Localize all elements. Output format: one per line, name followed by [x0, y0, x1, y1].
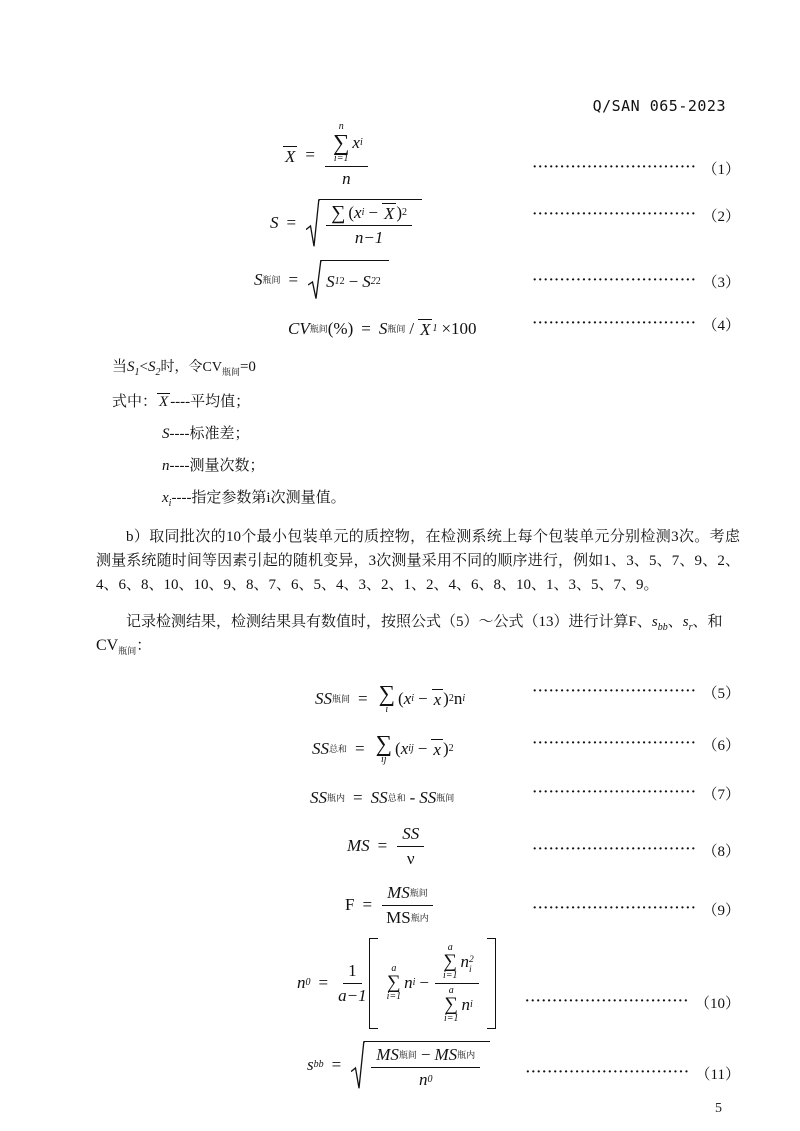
formula-9: F = MS瓶间 MS瓶内 [345, 883, 435, 928]
formula-7-row: SS瓶内 = SS总和 - SS瓶间 ·····················… [96, 783, 740, 808]
equals-sign: = [332, 1055, 342, 1075]
n-variable: n [342, 169, 351, 189]
fraction: SS ν [397, 824, 424, 869]
formula-8-row: MS = SS ν ······························… [96, 824, 740, 869]
dot-leader: ······························ [532, 273, 696, 289]
page-number: 5 [715, 1101, 722, 1117]
where-line: 式中：X----平均值； [112, 390, 740, 411]
equation-number: （8） [702, 840, 740, 861]
minus-sign: − [349, 272, 359, 292]
equals-sign: = [378, 836, 388, 856]
fraction: ∑ (xi−X)2 n−1 [326, 203, 412, 248]
formula-10-row: n0 = 1 a−1 a ∑ i=1 ni − [96, 938, 740, 1029]
fraction: MS瓶间−MS瓶内 n0 [371, 1045, 480, 1090]
percent-parens: (%) [328, 319, 353, 339]
radical-icon [351, 1041, 365, 1090]
x-variable: x [162, 490, 169, 506]
sum-lower-limit: i=1 [387, 992, 402, 1002]
dot-leader: ······························ [532, 160, 696, 176]
equation-number: （7） [702, 783, 740, 804]
x-variable: x [354, 203, 362, 223]
equation-number: （5） [702, 682, 740, 703]
record-paragraph: 记录检测结果，检测结果具有数值时，按照公式（5）～公式（13）进行计算F、sbb… [96, 610, 740, 658]
fraction: 1 a−1 [338, 961, 366, 1006]
xbar-variable: x [432, 689, 444, 708]
dot-leader: ······························ [532, 684, 696, 700]
leader-and-number: ······························ （1） [532, 158, 740, 189]
leader-and-number: ······························ （11） [525, 1063, 740, 1090]
formula-3-row: S瓶间 = S12−S22 ··························… [96, 260, 740, 300]
xbar-variable: X [283, 146, 297, 165]
fraction: n ∑ i=1 xi n [325, 122, 368, 189]
n-variable: n [404, 973, 413, 993]
minus-sign: − [418, 739, 428, 759]
sum-lower-limit: ij [381, 755, 387, 765]
definition-text: ----指定参数第i次测量值。 [171, 490, 345, 506]
xbar-variable: X [382, 203, 396, 222]
bracket-content: a ∑ i=1 ni − a ∑ i=1 n2i [381, 938, 484, 1029]
f-variable: F [345, 895, 354, 915]
one: 1 [348, 961, 357, 981]
n-variable: n [454, 689, 463, 709]
s-variable: S [162, 426, 170, 442]
sigma-symbol: ∑ [333, 132, 349, 154]
fraction-numerator: a ∑ i=1 n2i [435, 943, 479, 984]
ms-within-variable: MS [386, 908, 411, 928]
cv-variable: CV [288, 319, 310, 339]
fraction-denominator: a ∑ i=1 ni [441, 984, 473, 1024]
close-paren: ) [443, 689, 449, 709]
document-page: Q/SAN 065-2023 X = n ∑ i=1 xi n [0, 0, 800, 1131]
leader-and-number: ······························ （8） [532, 840, 740, 869]
paragraph-b: b）取同批次的10个最小包装单元的质控物，在检测系统上每个包装单元分别检测3次。… [96, 525, 740, 597]
ms-variable: MS [347, 836, 370, 856]
n0-variable: n [297, 973, 306, 993]
formula-4: CV瓶间(%) = S瓶间 / X1 ×100 [288, 319, 481, 339]
sum-lower-limit: i=1 [443, 971, 458, 981]
s-variable: S [379, 319, 388, 339]
sum-lower-limit: i=1 [334, 154, 349, 164]
definition-text: ----标准差； [170, 426, 250, 442]
right-bracket [487, 938, 496, 1029]
xbar-variable: x [431, 739, 443, 758]
square-root: MS瓶间−MS瓶内 n0 [351, 1041, 490, 1090]
fraction-denominator: n0 [419, 1068, 433, 1090]
ms-within-variable: MS [435, 1045, 458, 1065]
formula-6-row: SS总和 = ∑ ij (xij−x)2 ···················… [96, 733, 740, 765]
dot-leader: ······························ [525, 1065, 689, 1081]
a-minus-1: a−1 [338, 986, 366, 1006]
leader-and-number: ······························ （3） [532, 271, 740, 300]
minus-sign: - [410, 788, 416, 808]
formula-9-row: F = MS瓶间 MS瓶内 ··························… [96, 883, 740, 928]
n-minus-1: n−1 [355, 228, 383, 248]
leader-and-number: ······························ （2） [532, 205, 740, 248]
dot-leader: ······························ [532, 785, 696, 801]
equals-sign: = [358, 689, 368, 709]
leader-and-number: ······························ （9） [532, 899, 740, 928]
text: 记录检测结果，检测结果具有数值时，按照公式（5）～公式（13）进行计算F、 [126, 614, 652, 630]
formula-5-row: SS瓶间 = ∑ i (xi−x)2ni ···················… [96, 682, 740, 715]
ss-variable: SS [312, 739, 329, 759]
bottle-between-subscript: 瓶间 [222, 367, 240, 377]
xbar-variable: X [157, 393, 170, 410]
equals-sign: = [319, 973, 329, 993]
x-variable: x [352, 133, 360, 153]
definition-item-xi: xi----指定参数第i次测量值。 [162, 486, 740, 507]
n0-variable: n [419, 1070, 428, 1090]
formula-11: sbb = MS瓶间−MS瓶内 n0 [307, 1041, 492, 1090]
sum-lower-limit: i=1 [444, 1014, 459, 1024]
leader-and-number: ······························ （10） [525, 992, 740, 1029]
sigma-symbol: ∑ [379, 683, 395, 705]
x-variable: x [401, 739, 409, 759]
fraction-numerator: n ∑ i=1 xi [325, 122, 368, 167]
minus-sign: − [421, 1045, 431, 1065]
equation-number: （3） [702, 271, 740, 292]
definition-text: ----平均值； [170, 394, 250, 410]
ss-between-variable: SS [419, 788, 436, 808]
leader-and-number: ······························ （7） [532, 783, 740, 808]
radical-icon [308, 260, 322, 300]
fraction-numerator: 1 [343, 961, 362, 984]
formula-6: SS总和 = ∑ ij (xij−x)2 [312, 733, 454, 765]
minus-sign: − [368, 203, 378, 223]
definition-item-n: n----测量次数； [162, 454, 740, 475]
square-root: S12−S22 [308, 260, 389, 300]
summation: ∑ i [379, 683, 395, 715]
text: 时，令CV [160, 360, 221, 375]
formula-4-row: CV瓶间(%) = S瓶间 / X1 ×100 ················… [96, 314, 740, 339]
ss-variable: SS [310, 788, 327, 808]
formula-1-row: X = n ∑ i=1 xi n ······················· [96, 122, 740, 189]
sum-lower-limit: i [385, 705, 388, 715]
n-variable: n [162, 458, 170, 474]
formula-3: S瓶间 = S12−S22 [254, 260, 391, 300]
cv-variable: CV [96, 637, 118, 654]
close-paren: ) [443, 739, 449, 759]
fraction-denominator: ν [407, 847, 415, 869]
n-subscript: i [469, 966, 472, 976]
radicand: S12−S22 [321, 260, 389, 300]
summation: a ∑ i=1 [444, 986, 459, 1024]
formula-10: n0 = 1 a−1 a ∑ i=1 ni − [297, 938, 496, 1029]
equals-sign: = [353, 788, 363, 808]
ms-between-variable: MS [376, 1045, 399, 1065]
sigma-symbol: ∑ [387, 974, 401, 992]
doc-code: Q/SAN 065-2023 [593, 97, 726, 115]
equals-sign: = [305, 145, 315, 165]
sigma-symbol: ∑ [443, 953, 457, 971]
formula-2-row: S = ∑ (xi−X)2 n−1 [96, 199, 740, 248]
equation-number: （4） [702, 314, 740, 335]
radical-icon [306, 199, 320, 248]
leader-and-number: ······························ （4） [532, 314, 740, 339]
equation-number: （6） [702, 734, 740, 755]
summation: a ∑ i=1 [387, 964, 402, 1002]
equals-sign: = [289, 270, 299, 290]
minus-sign: − [419, 973, 429, 993]
colon: ： [136, 638, 151, 654]
ms-between-variable: MS [387, 883, 410, 903]
sigma-symbol: ∑ [376, 733, 392, 755]
square-root: ∑ (xi−X)2 n−1 [306, 199, 422, 248]
equals-sign: = [362, 895, 372, 915]
ss-variable: SS [402, 824, 419, 844]
page-content: X = n ∑ i=1 xi n ······················· [96, 118, 740, 1090]
equation-number: （11） [696, 1063, 740, 1084]
fraction-numerator: SS [397, 824, 424, 847]
n-variable: n [462, 995, 471, 1015]
sigma-symbol: ∑ [331, 203, 345, 223]
ss-variable: SS [315, 689, 332, 709]
leader-and-number: ······························ （6） [532, 734, 740, 765]
summation: a ∑ i=1 [443, 943, 458, 981]
fraction: MS瓶间 MS瓶内 [382, 883, 433, 928]
fraction-numerator: MS瓶间 [382, 883, 433, 906]
nu-variable: ν [407, 849, 415, 869]
s2-variable: S [362, 272, 371, 292]
ss-total-variable: SS [371, 788, 388, 808]
fraction-denominator: a−1 [338, 984, 366, 1006]
dot-leader: ······························ [525, 994, 689, 1010]
dot-leader: ······························ [532, 207, 696, 223]
left-bracket [369, 938, 378, 1029]
condition-line: 当S1<S2时，令CV瓶间=0 [112, 355, 740, 376]
definition-item-s: S----标准差； [162, 422, 740, 443]
summation: n ∑ i=1 [333, 122, 349, 164]
definition-text: ----测量次数； [170, 458, 265, 474]
minus-sign: − [418, 689, 428, 709]
formula-11-row: sbb = MS瓶间−MS瓶内 n0 ·····················… [96, 1041, 740, 1090]
equation-number: （10） [695, 992, 740, 1013]
less-than: < [140, 359, 148, 375]
s-variable: S [270, 213, 279, 233]
leader-and-number: ······························ （5） [532, 682, 740, 715]
formula-7: SS瓶内 = SS总和 - SS瓶间 [310, 788, 454, 808]
equals-zero: =0 [240, 359, 256, 375]
sbb-variable: s [307, 1055, 314, 1075]
equation-number: （9） [702, 899, 740, 920]
formula-5: SS瓶间 = ∑ i (xi−x)2ni [315, 683, 465, 715]
s1-variable: S [326, 272, 335, 292]
fraction-denominator: n [342, 167, 351, 189]
radicand: MS瓶间−MS瓶内 n0 [364, 1041, 490, 1090]
equation-number: （1） [702, 158, 740, 179]
sigma-symbol: ∑ [444, 996, 458, 1014]
formula-1: X = n ∑ i=1 xi n [283, 122, 370, 189]
where-label: 式中： [112, 394, 157, 410]
n-variable: n [461, 952, 470, 972]
radicand: ∑ (xi−X)2 n−1 [319, 199, 422, 248]
fraction-numerator: MS瓶间−MS瓶内 [371, 1045, 480, 1068]
equation-number: （2） [702, 205, 740, 226]
dot-leader: ······························ [532, 901, 696, 917]
equals-sign: = [355, 739, 365, 759]
fraction-numerator: ∑ (xi−X)2 [326, 203, 412, 226]
s-variable: S [254, 270, 263, 290]
s1-variable: S [127, 359, 135, 375]
formula-2: S = ∑ (xi−X)2 n−1 [270, 199, 424, 248]
equals-sign: = [361, 319, 371, 339]
inner-fraction: a ∑ i=1 n2i a ∑ i=1 n [435, 943, 479, 1024]
equals-sign: = [287, 213, 297, 233]
fraction-denominator: n−1 [355, 226, 383, 248]
times-100: ×100 [441, 319, 476, 339]
sbb-subscript: bb [658, 622, 668, 633]
bottle-between-subscript: 瓶间 [118, 646, 136, 656]
summation: ∑ ij [376, 733, 392, 765]
fraction-denominator: MS瓶内 [386, 906, 429, 928]
n-sup-sub-stack: 2i [469, 956, 474, 976]
separator: 、 [668, 614, 683, 630]
dot-leader: ······························ [532, 736, 696, 752]
formula-8: MS = SS ν [347, 824, 426, 869]
dot-leader: ······························ [532, 316, 696, 332]
xbar-variable: X [418, 319, 432, 338]
dot-leader: ······························ [532, 842, 696, 858]
text: 当 [112, 359, 127, 375]
separator: 、和 [692, 614, 722, 630]
x-variable: x [404, 689, 412, 709]
divide-slash: / [409, 319, 414, 339]
